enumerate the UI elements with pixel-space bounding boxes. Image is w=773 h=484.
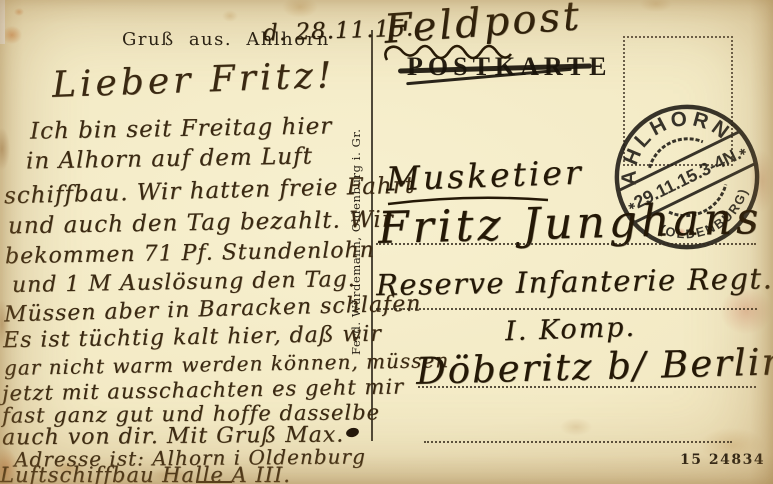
salutation: Lieber Fritz! [51,55,336,106]
underline-mark [196,481,232,483]
message-line: Luftschiffbau Halle A III. [0,463,291,484]
message-line: und auch den Tag bezahlt. Wir [8,207,394,240]
address-dotted-line [376,308,757,310]
postcard-scan: Gruß aus. Ahlhorn POSTKARTE Ferd. Würdem… [0,0,773,484]
serial-number: 15 24834 [680,452,765,468]
message-line: in Alhorn auf dem Luft [26,143,313,174]
message-line: Ich bin seit Freitag hier [30,113,333,144]
address-dotted-line [424,441,732,443]
foxing-spot [14,8,24,16]
rank-line: Musketier [385,153,584,199]
message-line: bekommen 71 Pf. Stundenlohn [5,238,375,269]
feldpost-flourish [383,40,533,64]
message-line: und 1 M Auslösung den Tag. [12,267,356,298]
destination-line: Döberitz b/ Berlin [416,340,773,393]
foxing-spot [560,418,592,436]
foxing-spot [640,0,672,12]
foxing-spot [282,0,318,18]
scan-edge-artifact [0,0,5,44]
address-dotted-line [376,243,756,245]
regiment-line: Reserve Infanterie Regt. 261. [376,260,773,302]
message-line: Es ist tüchtig kalt hier, daß wir [3,322,382,354]
company-line: I. Komp. [504,312,636,348]
address-dotted-line [418,386,756,388]
foxing-spot [2,26,22,44]
foxing-spot [222,10,238,22]
ink-blot [345,426,360,438]
foxing-spot [0,128,10,170]
